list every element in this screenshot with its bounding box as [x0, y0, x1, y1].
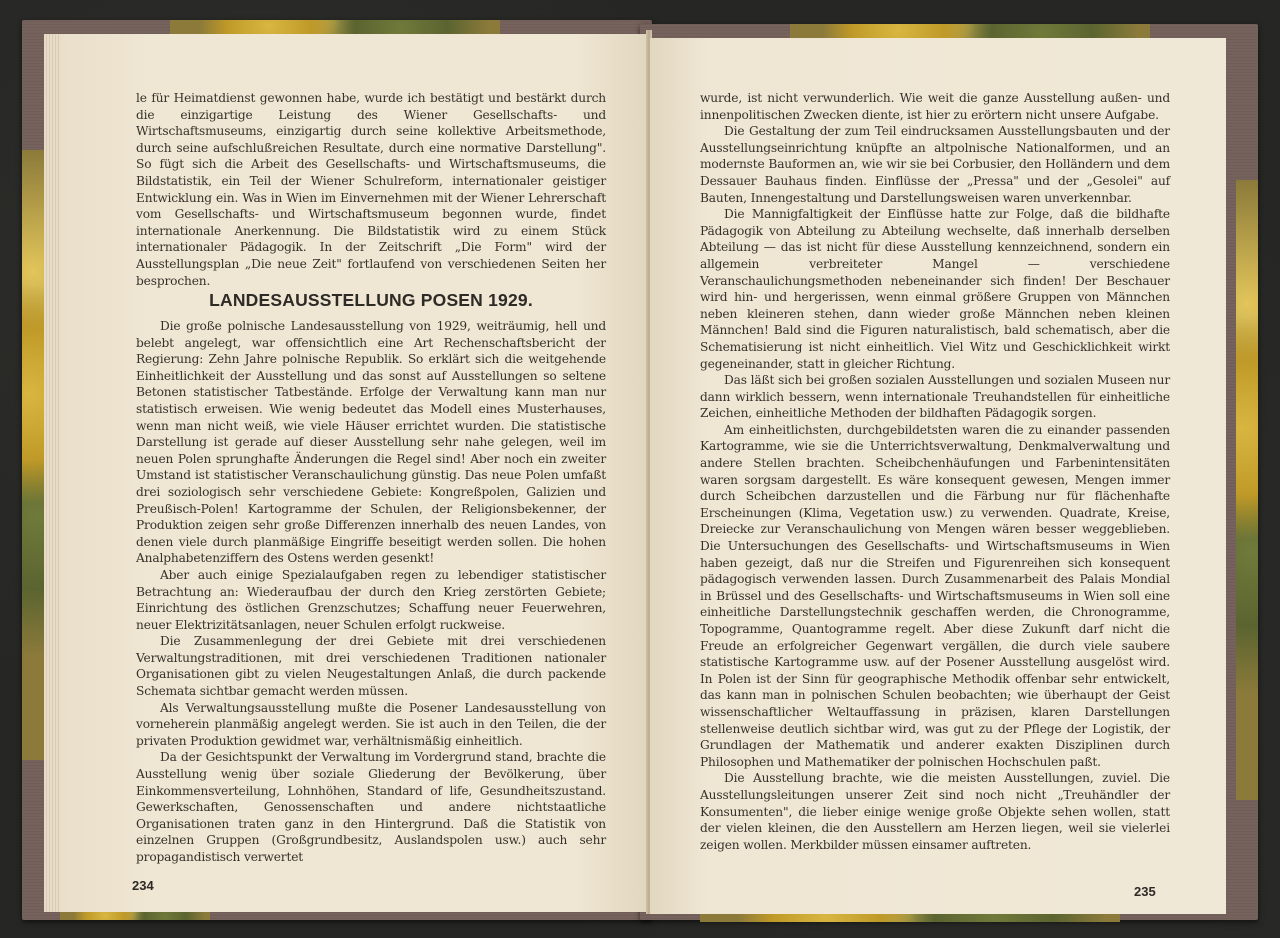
left-body-text: Die große polnische Landesausstellung vo…: [136, 318, 606, 866]
paragraph: Das läßt sich bei großen sozialen Ausste…: [700, 372, 1170, 422]
paragraph: Da der Gesichtspunkt der Verwaltung im V…: [136, 749, 606, 865]
section-heading: LANDESAUSSTELLUNG POSEN 1929.: [136, 290, 606, 311]
continuation-paragraph: wurde, ist nicht verwunderlich. Wie weit…: [700, 90, 1170, 123]
book-page-left: le für Heimatdienst gewonnen habe, wurde…: [60, 34, 646, 912]
paragraph: Die Zusammenlegung der drei Gebiete mit …: [136, 633, 606, 699]
marbled-endpaper-bottom-left: [60, 912, 210, 920]
marbled-endpaper-right-edge: [1236, 180, 1258, 800]
intro-paragraph: le für Heimatdienst gewonnen habe, wurde…: [136, 90, 606, 289]
page-number-right: 235: [1134, 884, 1156, 899]
paragraph: Aber auch einige Spezialaufgaben regen z…: [136, 567, 606, 633]
paragraph: Als Verwaltungsausstellung mußte die Pos…: [136, 700, 606, 750]
right-body-text: wurde, ist nicht verwunderlich. Wie weit…: [700, 90, 1170, 853]
paragraph: Die Gestaltung der zum Teil eindrucksame…: [700, 123, 1170, 206]
paragraph: Am einheitlichsten, durchgebildetsten wa…: [700, 422, 1170, 770]
page-number-left: 234: [132, 878, 154, 893]
intro-paragraph-block: le für Heimatdienst gewonnen habe, wurde…: [136, 90, 606, 289]
paragraph: Die große polnische Landesausstellung vo…: [136, 318, 606, 567]
marbled-endpaper-top-left: [170, 20, 500, 34]
paragraph: Die Mannigfaltigkeit der Einflüsse hatte…: [700, 206, 1170, 372]
marbled-endpaper-bottom-right: [700, 914, 1120, 922]
paragraph: Die Ausstellung brachte, wie die meisten…: [700, 770, 1170, 853]
marbled-endpaper-left-edge: [22, 150, 44, 760]
book-page-right: wurde, ist nicht verwunderlich. Wie weit…: [650, 38, 1226, 914]
